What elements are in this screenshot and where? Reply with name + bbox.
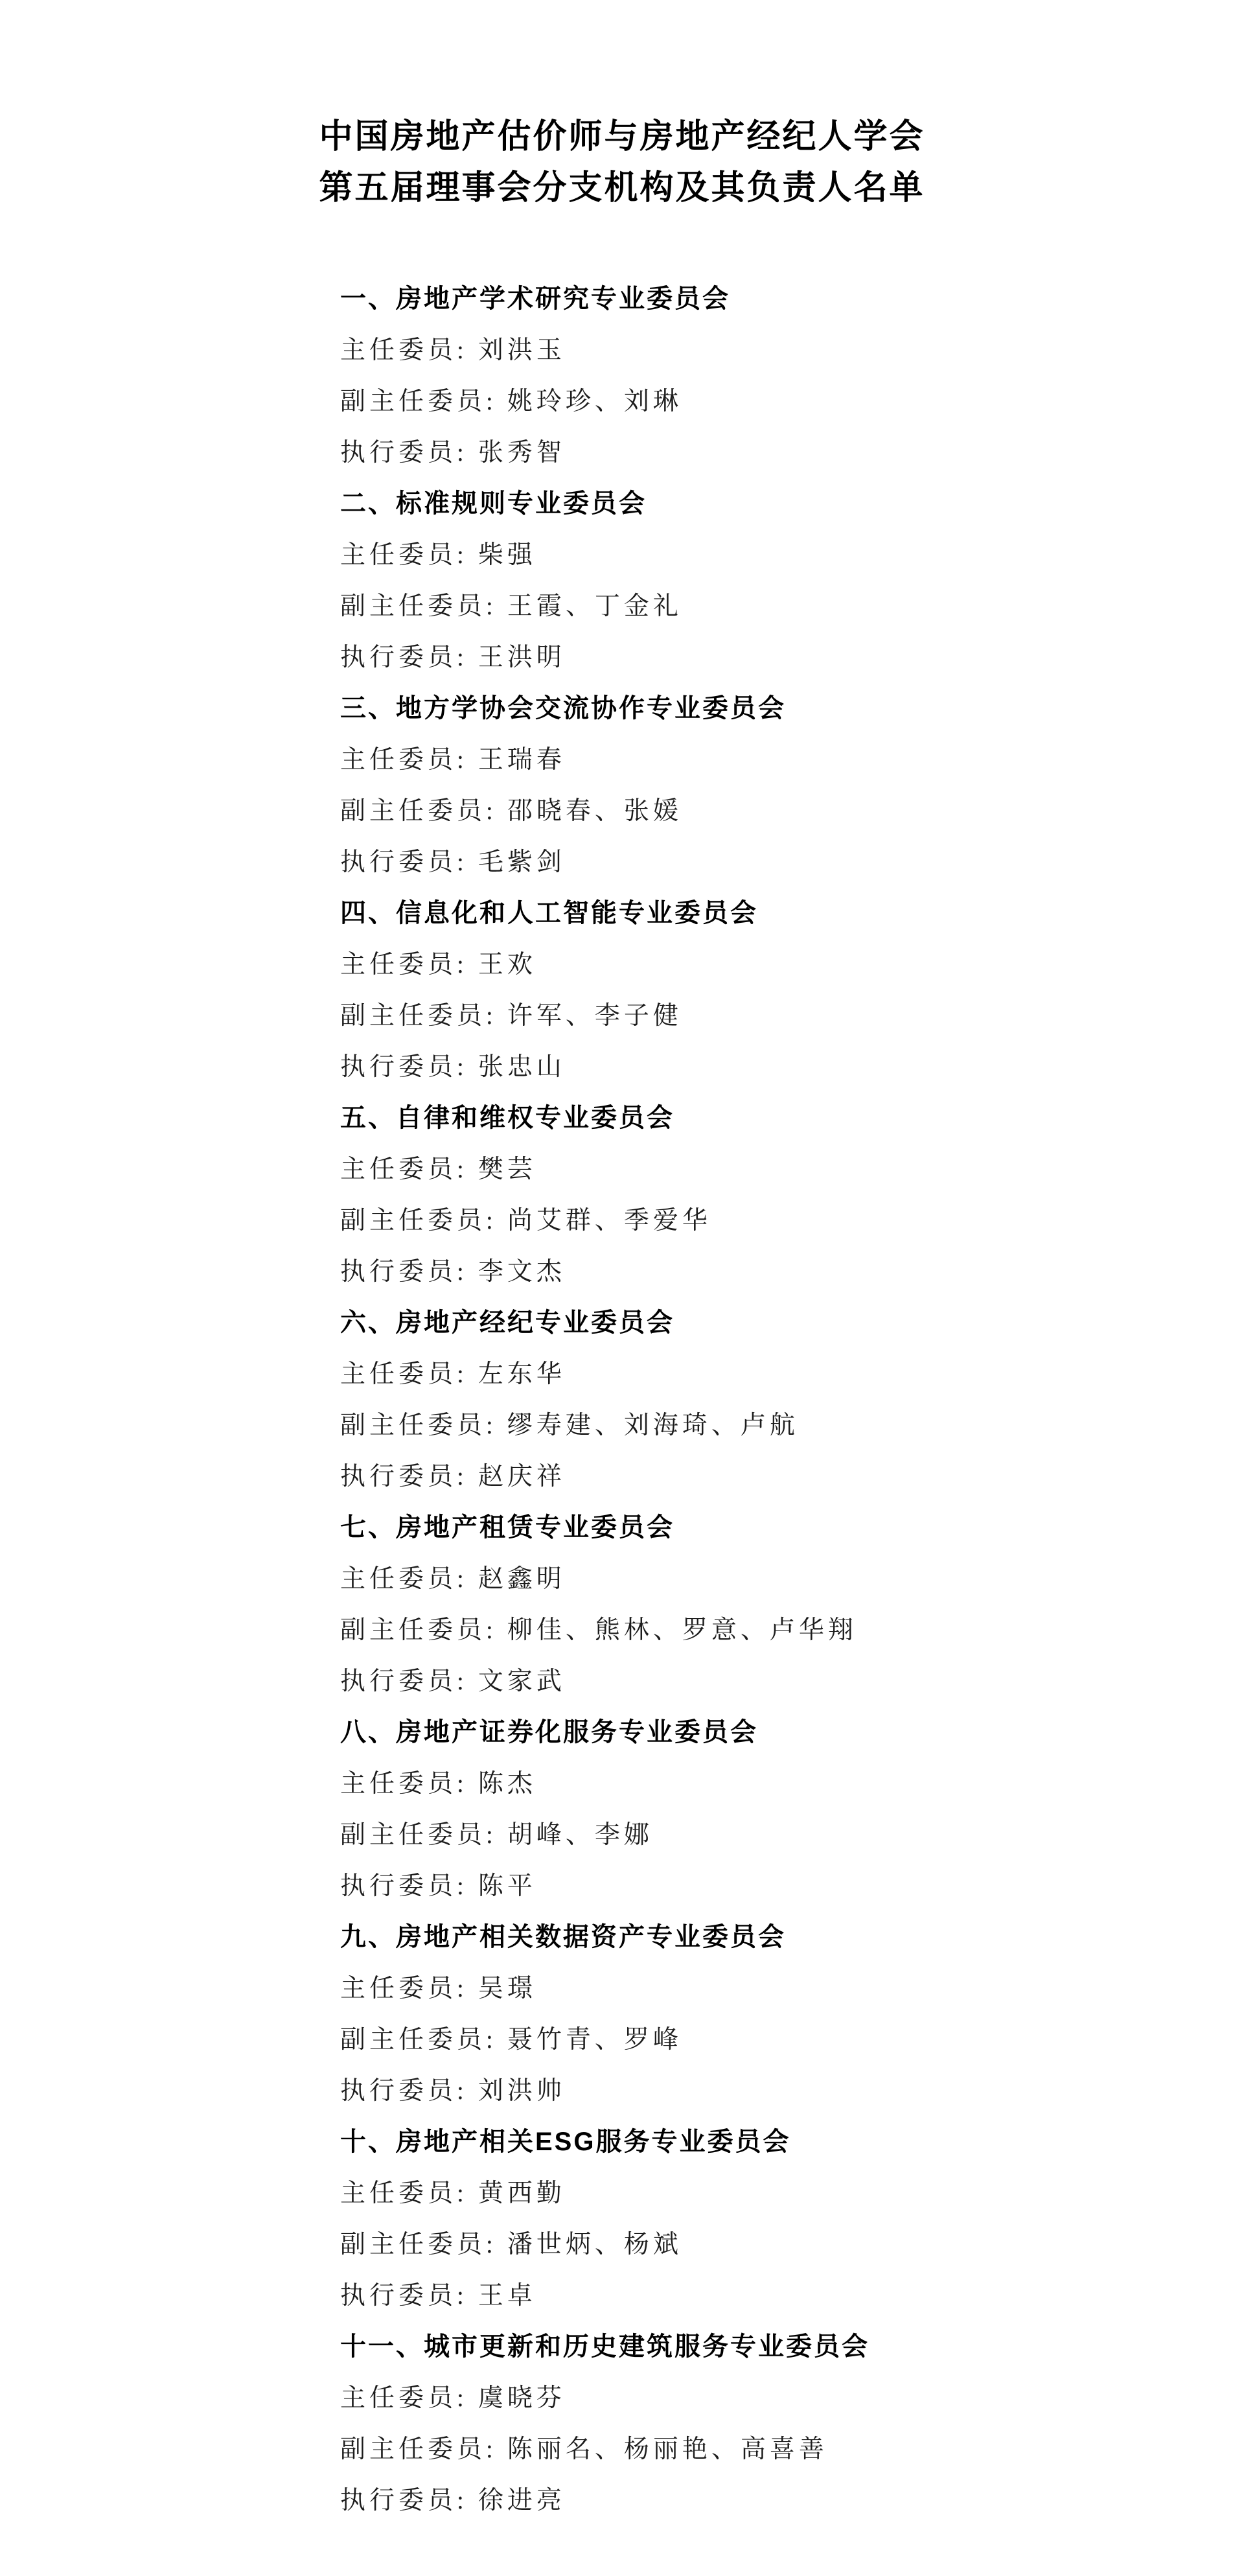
executive-label: 执行委员: [340,1866,468,1902]
vice-chair-names: 陈丽名、杨丽艳、高喜善 [507,2429,828,2465]
committee-section-6: 六、房地产经纪专业委员会 主任委员: 左东华 副主任委员: 缪寿建、刘海琦、卢航… [340,1295,1192,1500]
executive-line: 执行委员: 刘洪帅 [340,2063,1192,2114]
executive-name: 陈平 [478,1866,536,1902]
executive-name: 王洪明 [478,637,566,673]
vice-chair-names: 姚玲珍、刘琳 [507,381,682,417]
vice-chair-names: 潘世炳、杨斌 [507,2224,682,2260]
chair-line: 主任委员: 虞晓芬 [340,2370,1192,2421]
title-line-2: 第五届理事会分支机构及其负责人名单 [0,163,1244,214]
vice-chair-names: 王霞、丁金礼 [507,586,682,622]
chair-label: 主任委员: [340,2378,468,2414]
committee-heading: 三、地方学协会交流协作专业委员会 [340,680,1192,732]
chair-line: 主任委员: 吴璟 [340,1960,1192,2012]
chair-label: 主任委员: [340,944,468,981]
executive-line: 执行委员: 张秀智 [340,424,1192,476]
vice-chair-names: 胡峰、李娜 [507,1815,653,1851]
vice-chair-label: 副主任委员: [340,1200,497,1236]
vice-chair-label: 副主任委员: [340,2429,497,2465]
executive-name: 张忠山 [478,1047,566,1083]
committee-section-9: 九、房地产相关数据资产专业委员会 主任委员: 吴璟 副主任委员: 聂竹青、罗峰 … [340,1909,1192,2114]
committee-list: 一、房地产学术研究专业委员会 主任委员: 刘洪玉 副主任委员: 姚玲珍、刘琳 执… [0,271,1244,2524]
vice-chair-label: 副主任委员: [340,2224,497,2260]
chair-line: 主任委员: 刘洪玉 [340,322,1192,373]
chair-line: 主任委员: 赵鑫明 [340,1551,1192,1602]
committee-heading: 二、标准规则专业委员会 [340,476,1192,527]
committee-section-5: 五、自律和维权专业委员会 主任委员: 樊芸 副主任委员: 尚艾群、季爱华 执行委… [340,1090,1192,1295]
executive-line: 执行委员: 陈平 [340,1858,1192,1909]
committee-section-10: 十、房地产相关ESG服务专业委员会 主任委员: 黄西勤 副主任委员: 潘世炳、杨… [340,2114,1192,2319]
vice-chair-names: 邵晓春、张媛 [507,791,682,827]
committee-section-8: 八、房地产证券化服务专业委员会 主任委员: 陈杰 副主任委员: 胡峰、李娜 执行… [340,1704,1192,1909]
committee-heading: 九、房地产相关数据资产专业委员会 [340,1909,1192,1960]
chair-label: 主任委员: [340,330,468,366]
vice-chair-line: 副主任委员: 王霞、丁金礼 [340,578,1192,629]
chair-name: 王瑞春 [478,739,566,776]
executive-line: 执行委员: 毛紫剑 [340,834,1192,885]
executive-label: 执行委员: [340,637,468,673]
chair-name: 陈杰 [478,1763,536,1800]
chair-line: 主任委员: 王瑞春 [340,732,1192,783]
executive-line: 执行委员: 赵庆祥 [340,1448,1192,1500]
committee-heading: 一、房地产学术研究专业委员会 [340,271,1192,322]
executive-name: 王卓 [478,2275,536,2312]
vice-chair-names: 柳佳、熊林、罗意、卢华翔 [507,1610,857,1646]
vice-chair-line: 副主任委员: 姚玲珍、刘琳 [340,373,1192,424]
committee-section-2: 二、标准规则专业委员会 主任委员: 柴强 副主任委员: 王霞、丁金礼 执行委员:… [340,476,1192,680]
chair-label: 主任委员: [340,1763,468,1800]
executive-name: 徐进亮 [478,2480,566,2516]
executive-label: 执行委员: [340,2275,468,2312]
executive-label: 执行委员: [340,1661,468,1697]
executive-label: 执行委员: [340,1456,468,1492]
vice-chair-label: 副主任委员: [340,791,497,827]
executive-name: 刘洪帅 [478,2071,566,2107]
vice-chair-line: 副主任委员: 陈丽名、杨丽艳、高喜善 [340,2421,1192,2472]
vice-chair-line: 副主任委员: 柳佳、熊林、罗意、卢华翔 [340,1602,1192,1653]
committee-heading: 七、房地产租赁专业委员会 [340,1500,1192,1551]
executive-line: 执行委员: 徐进亮 [340,2472,1192,2524]
chair-line: 主任委员: 樊芸 [340,1141,1192,1192]
document-page: 中国房地产估价师与房地产经纪人学会 第五届理事会分支机构及其负责人名单 一、房地… [0,0,1244,2576]
vice-chair-names: 缪寿建、刘海琦、卢航 [507,1405,799,1441]
vice-chair-label: 副主任委员: [340,586,497,622]
vice-chair-line: 副主任委员: 邵晓春、张媛 [340,783,1192,834]
committee-heading: 六、房地产经纪专业委员会 [340,1295,1192,1346]
title-line-1: 中国房地产估价师与房地产经纪人学会 [0,111,1244,163]
committee-section-11: 十一、城市更新和历史建筑服务专业委员会 主任委员: 虞晓芬 副主任委员: 陈丽名… [340,2319,1192,2524]
executive-label: 执行委员: [340,432,468,469]
chair-label: 主任委员: [340,1968,468,2004]
executive-line: 执行委员: 文家武 [340,1653,1192,1704]
committee-heading: 十、房地产相关ESG服务专业委员会 [340,2114,1192,2165]
executive-name: 赵庆祥 [478,1456,566,1492]
executive-label: 执行委员: [340,1047,468,1083]
vice-chair-label: 副主任委员: [340,2019,497,2056]
vice-chair-names: 尚艾群、季爱华 [507,1200,711,1236]
chair-name: 赵鑫明 [478,1559,566,1595]
committee-heading: 四、信息化和人工智能专业委员会 [340,885,1192,936]
executive-name: 文家武 [478,1661,566,1697]
chair-name: 虞晓芬 [478,2378,566,2414]
executive-label: 执行委员: [340,2071,468,2107]
vice-chair-label: 副主任委员: [340,381,497,417]
chair-line: 主任委员: 左东华 [340,1346,1192,1397]
vice-chair-line: 副主任委员: 潘世炳、杨斌 [340,2216,1192,2268]
vice-chair-label: 副主任委员: [340,1815,497,1851]
executive-line: 执行委员: 张忠山 [340,1039,1192,1090]
chair-name: 左东华 [478,1354,566,1390]
vice-chair-label: 副主任委员: [340,995,497,1032]
committee-section-1: 一、房地产学术研究专业委员会 主任委员: 刘洪玉 副主任委员: 姚玲珍、刘琳 执… [340,271,1192,476]
vice-chair-label: 副主任委员: [340,1405,497,1441]
chair-line: 主任委员: 王欢 [340,936,1192,988]
executive-name: 李文杰 [478,1251,566,1288]
executive-line: 执行委员: 李文杰 [340,1244,1192,1295]
chair-name: 刘洪玉 [478,330,566,366]
executive-line: 执行委员: 王卓 [340,2268,1192,2319]
chair-name: 樊芸 [478,1149,536,1185]
chair-label: 主任委员: [340,1559,468,1595]
chair-label: 主任委员: [340,739,468,776]
committee-heading: 五、自律和维权专业委员会 [340,1090,1192,1141]
chair-label: 主任委员: [340,2173,468,2209]
committee-heading: 八、房地产证券化服务专业委员会 [340,1704,1192,1756]
executive-line: 执行委员: 王洪明 [340,629,1192,680]
chair-line: 主任委员: 黄西勤 [340,2165,1192,2216]
executive-label: 执行委员: [340,2480,468,2516]
executive-name: 毛紫剑 [478,842,566,878]
committee-heading: 十一、城市更新和历史建筑服务专业委员会 [340,2319,1192,2370]
executive-label: 执行委员: [340,842,468,878]
committee-section-4: 四、信息化和人工智能专业委员会 主任委员: 王欢 副主任委员: 许军、李子健 执… [340,885,1192,1090]
chair-name: 黄西勤 [478,2173,566,2209]
vice-chair-line: 副主任委员: 尚艾群、季爱华 [340,1192,1192,1244]
chair-name: 吴璟 [478,1968,536,2004]
document-title: 中国房地产估价师与房地产经纪人学会 第五届理事会分支机构及其负责人名单 [0,0,1244,214]
chair-name: 王欢 [478,944,536,981]
chair-label: 主任委员: [340,1354,468,1390]
chair-line: 主任委员: 陈杰 [340,1756,1192,1807]
chair-name: 柴强 [478,535,536,571]
vice-chair-names: 聂竹青、罗峰 [507,2019,682,2056]
executive-name: 张秀智 [478,432,566,469]
vice-chair-label: 副主任委员: [340,1610,497,1646]
chair-label: 主任委员: [340,535,468,571]
vice-chair-line: 副主任委员: 缪寿建、刘海琦、卢航 [340,1397,1192,1448]
chair-line: 主任委员: 柴强 [340,527,1192,578]
vice-chair-line: 副主任委员: 胡峰、李娜 [340,1807,1192,1858]
committee-section-7: 七、房地产租赁专业委员会 主任委员: 赵鑫明 副主任委员: 柳佳、熊林、罗意、卢… [340,1500,1192,1704]
vice-chair-line: 副主任委员: 聂竹青、罗峰 [340,2012,1192,2063]
vice-chair-line: 副主任委员: 许军、李子健 [340,988,1192,1039]
committee-section-3: 三、地方学协会交流协作专业委员会 主任委员: 王瑞春 副主任委员: 邵晓春、张媛… [340,680,1192,885]
vice-chair-names: 许军、李子健 [507,995,682,1032]
executive-label: 执行委员: [340,1251,468,1288]
chair-label: 主任委员: [340,1149,468,1185]
